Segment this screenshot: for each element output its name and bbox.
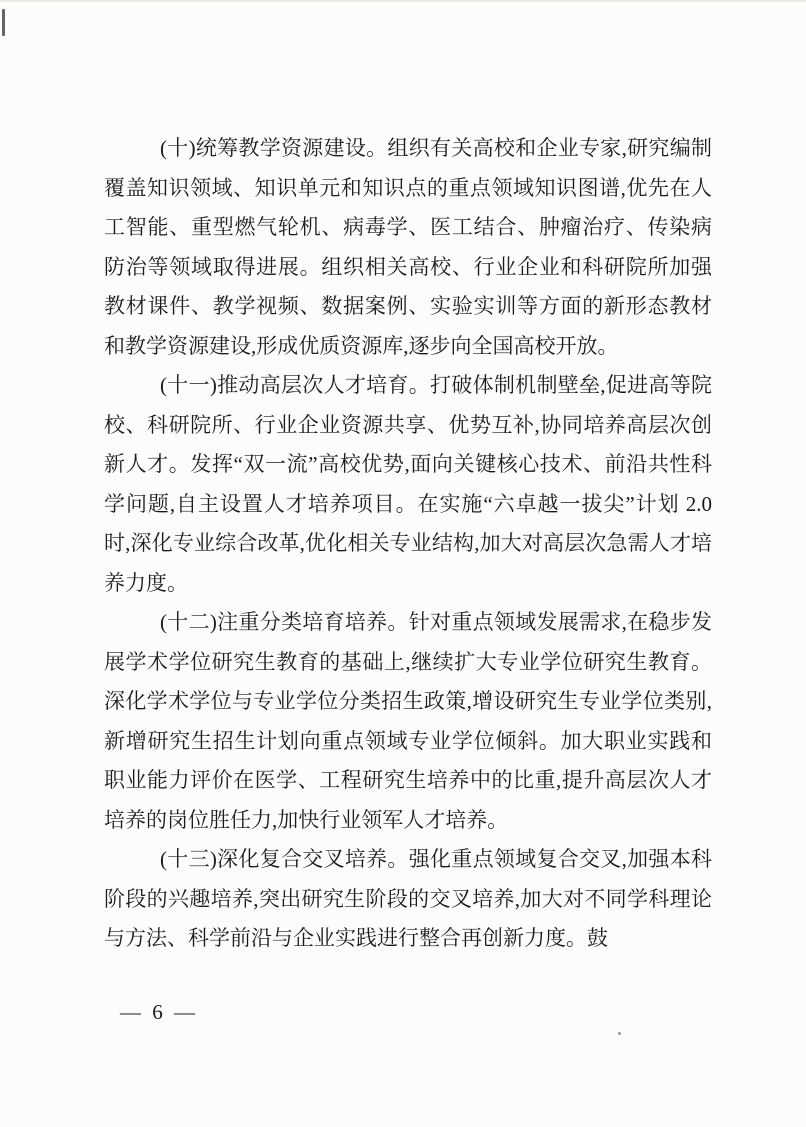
paragraph-item-11: (十一)推动高层次人才培育。打破体制机制壁垒,促进高等院校、科研院所、行业企业资… [104,366,712,603]
paragraph-item-10: (十)统筹教学资源建设。组织有关高校和企业专家,研究编制覆盖知识领域、知识单元和… [104,129,712,366]
paragraph-item-12: (十二)注重分类培育培养。针对重点领域发展需求,在稳步发展学术学位研究生教育的基… [104,603,712,840]
scan-left-edge-artifact [2,9,5,36]
document-body: (十)统筹教学资源建设。组织有关高校和企业专家,研究编制覆盖知识领域、知识单元和… [104,129,712,959]
page-number: — 6 — [120,998,198,1026]
scan-speck-artifact [618,1032,621,1035]
paragraph-item-13: (十三)深化复合交叉培养。强化重点领域复合交叉,加强本科阶段的兴趣培养,突出研究… [104,840,712,959]
document-page: (十)统筹教学资源建设。组织有关高校和企业专家,研究编制覆盖知识领域、知识单元和… [0,0,806,1127]
scan-top-edge-artifact [0,0,806,2]
